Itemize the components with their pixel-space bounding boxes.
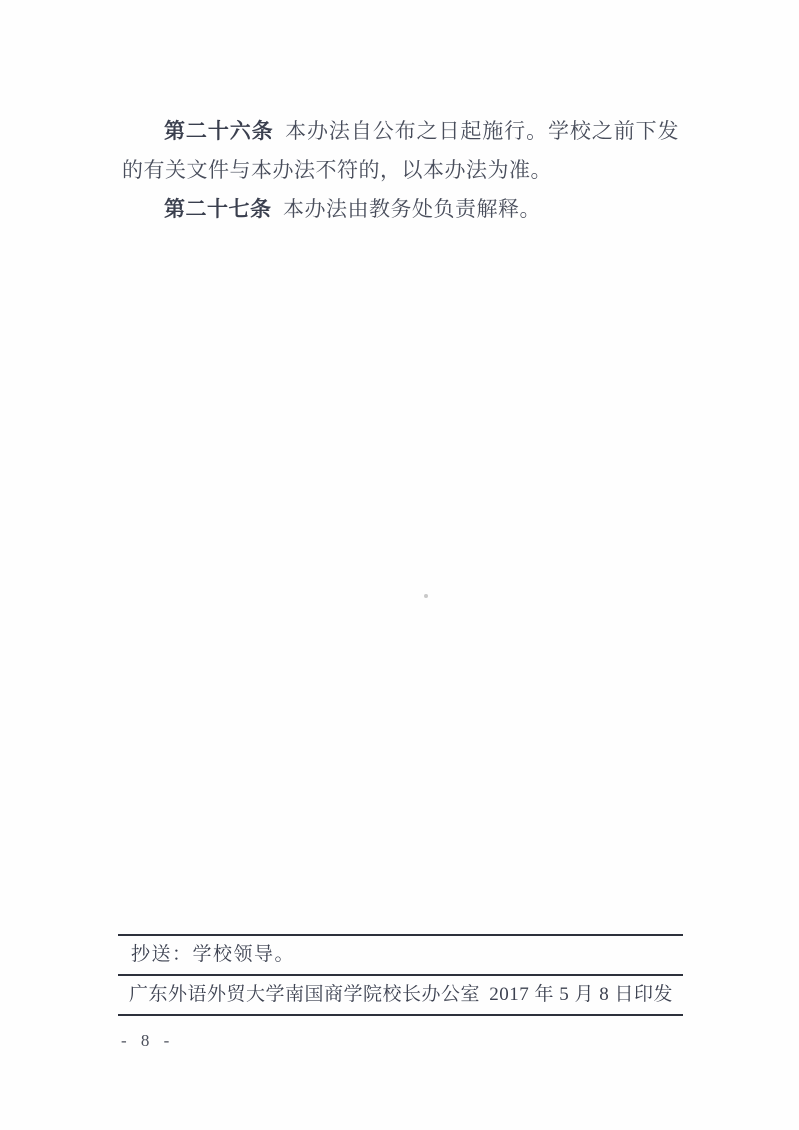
article-27-term: 第二十七条 xyxy=(164,198,272,221)
copy-to-line: 抄送：学校领导。 xyxy=(118,936,683,974)
footer-rule-bottom xyxy=(118,1014,683,1016)
scan-speck-artifact xyxy=(424,594,428,598)
print-date: 2017 年 5 月 8 日印发 xyxy=(489,976,673,1014)
document-footer: 抄送：学校领导。 广东外语外贸大学南国商学院校长办公室 2017 年 5 月 8… xyxy=(118,934,683,1016)
article-26-paragraph: 第二十六条本办法自公布之日起施行。学校之前下发的有关文件与本办法不符的，以本办法… xyxy=(122,112,679,190)
issuer-line: 广东外语外贸大学南国商学院校长办公室 2017 年 5 月 8 日印发 xyxy=(118,976,683,1014)
article-27-text: 本办法由教务处负责解释。 xyxy=(283,197,541,221)
scanned-document-page: 第二十六条本办法自公布之日起施行。学校之前下发的有关文件与本办法不符的，以本办法… xyxy=(0,0,799,1130)
page-number: - 8 - xyxy=(121,1031,174,1051)
article-26-term: 第二十六条 xyxy=(164,120,274,143)
issuer-office: 广东外语外贸大学南国商学院校长办公室 xyxy=(129,976,480,1014)
article-27-paragraph: 第二十七条本办法由教务处负责解释。 xyxy=(122,190,679,229)
document-body: 第二十六条本办法自公布之日起施行。学校之前下发的有关文件与本办法不符的，以本办法… xyxy=(122,112,679,229)
